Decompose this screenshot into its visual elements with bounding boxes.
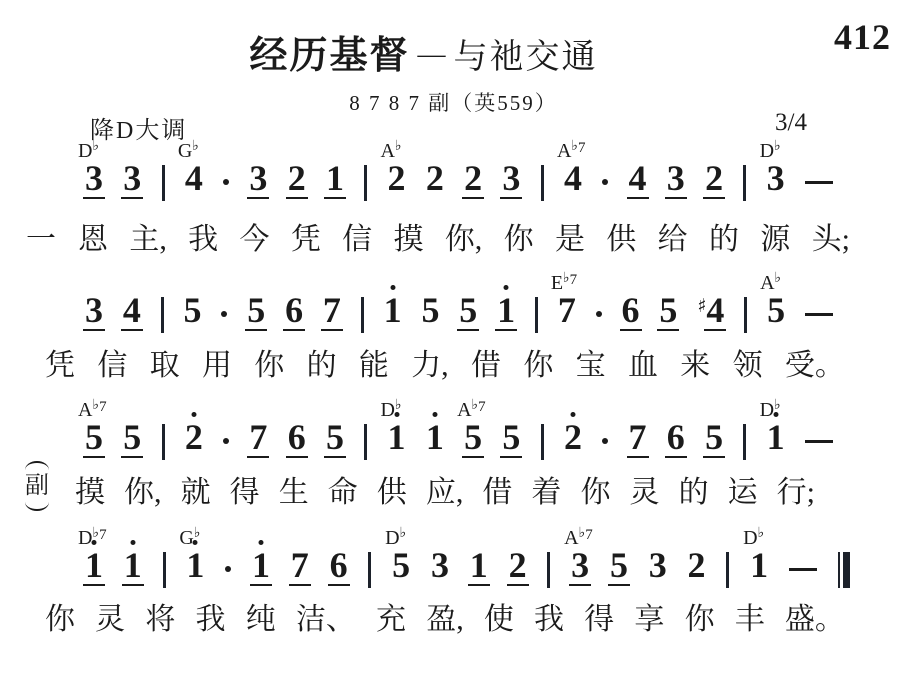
note-digit: 3 bbox=[85, 296, 103, 324]
chord-label: D♭ bbox=[385, 526, 406, 548]
note: 5 bbox=[659, 296, 677, 327]
note-digit: 3 bbox=[249, 164, 267, 192]
note: 1 bbox=[252, 551, 270, 582]
title-main: 经历基督 bbox=[249, 35, 409, 77]
note-digit: 2 bbox=[509, 551, 527, 579]
sharp-icon: ♯ bbox=[697, 295, 706, 317]
note: 7 bbox=[291, 551, 309, 582]
lyric-syllable: 你 bbox=[580, 477, 610, 509]
note: 6 bbox=[330, 551, 348, 582]
note-digit: 3 bbox=[123, 164, 141, 192]
chord-label: D♭ bbox=[743, 526, 764, 548]
note-digit: 1 bbox=[124, 551, 142, 579]
verse-number-marker: 一 bbox=[26, 224, 56, 256]
barline bbox=[162, 424, 165, 460]
notation-line-4: 1D♭711G♭1765D♭3123A♭75321D♭ bbox=[85, 554, 850, 582]
note-digit: 1 bbox=[186, 551, 204, 579]
note-digit: 5 bbox=[464, 423, 482, 451]
lyric-syllable: 你 bbox=[254, 350, 284, 382]
chord-label: D♭ bbox=[760, 139, 781, 161]
note-digit: 2 bbox=[288, 164, 306, 192]
lyric-syllable: 命 bbox=[328, 477, 358, 509]
barline bbox=[744, 297, 747, 333]
lyric-syllable: 运 bbox=[728, 477, 758, 509]
note-digit: 6 bbox=[288, 423, 306, 451]
note-digit: 1 bbox=[750, 551, 768, 579]
note-digit: 5 bbox=[421, 296, 439, 324]
lyric-syllable: 宝 bbox=[576, 350, 606, 382]
barline bbox=[361, 297, 364, 333]
note: 4A♭7 bbox=[564, 164, 582, 195]
note: 7E♭7 bbox=[558, 296, 576, 327]
note-digit: 5 bbox=[767, 296, 785, 324]
chord-label: A♭7 bbox=[78, 398, 107, 420]
note-digit: 6 bbox=[330, 551, 348, 579]
note-digit: 3 bbox=[667, 164, 685, 192]
note-digit: 2 bbox=[464, 164, 482, 192]
note-digit: 5 bbox=[184, 296, 202, 324]
note-digit: 4 bbox=[564, 164, 582, 192]
title-dash: — bbox=[418, 39, 446, 70]
duration-dot bbox=[221, 311, 227, 317]
lyric-syllable: 纯 bbox=[246, 604, 276, 636]
flat-icon: ♭ bbox=[758, 525, 765, 541]
note: 5 bbox=[326, 423, 344, 454]
lyric-syllable: 灵 bbox=[95, 604, 125, 636]
note: 2 bbox=[509, 551, 527, 582]
held-note-dash bbox=[805, 181, 833, 185]
note: 1 bbox=[384, 296, 402, 327]
note: 6 bbox=[622, 296, 640, 327]
chord-seventh: 7 bbox=[99, 527, 107, 543]
note-digit: 6 bbox=[667, 423, 685, 451]
lyric-syllable: 摸 bbox=[393, 224, 423, 256]
note: 4 bbox=[123, 296, 141, 327]
flat-icon: ♭ bbox=[563, 270, 570, 286]
note-digit: 1 bbox=[326, 164, 344, 192]
note: 2 bbox=[426, 164, 444, 195]
note: 3 bbox=[667, 164, 685, 195]
lyric-syllable: 供 bbox=[377, 477, 407, 509]
note-digit: 4 bbox=[706, 296, 724, 324]
note-digit: 7 bbox=[323, 296, 341, 324]
lyric-syllable: 应, bbox=[426, 477, 464, 509]
note-digit: 4 bbox=[123, 296, 141, 324]
lyric-syllable: 的 bbox=[709, 224, 739, 256]
lyric-syllable: 恩 bbox=[78, 224, 108, 256]
lyric-syllable: 将 bbox=[145, 604, 175, 636]
note-digit: 1 bbox=[388, 423, 406, 451]
lyric-syllable: 盛。 bbox=[785, 604, 845, 636]
final-barline-thin bbox=[838, 552, 841, 588]
notation-line-3: 5A♭7527651D♭15A♭7527651D♭ bbox=[85, 426, 833, 454]
lyrics-line-3: 摸你,就得生命供应,借着你灵的运行; bbox=[75, 477, 815, 509]
note: 7 bbox=[629, 423, 647, 454]
note: 2 bbox=[288, 164, 306, 195]
duration-dot bbox=[223, 179, 229, 185]
chord-seventh: 7 bbox=[578, 140, 586, 156]
lyric-syllable: 你 bbox=[45, 604, 75, 636]
barline bbox=[364, 165, 367, 201]
flat-icon: ♭ bbox=[194, 525, 201, 541]
final-barline bbox=[838, 552, 850, 588]
note: 4G♭ bbox=[185, 164, 203, 195]
lyric-syllable: 领 bbox=[733, 350, 763, 382]
chorus-marker: 副 bbox=[20, 461, 54, 511]
note-digit: 2 bbox=[564, 423, 582, 451]
chord-label: D♭ bbox=[760, 398, 781, 420]
note: 1D♭ bbox=[767, 423, 785, 454]
chord-label: A♭7 bbox=[564, 526, 593, 548]
held-note-dash bbox=[805, 440, 833, 444]
chord-label: D♭7 bbox=[78, 526, 107, 548]
note: 3 bbox=[502, 164, 520, 195]
lyric-syllable: 的 bbox=[307, 350, 337, 382]
note: 1D♭ bbox=[388, 423, 406, 454]
note-digit: 5 bbox=[459, 296, 477, 324]
lyric-syllable: 盈, bbox=[426, 604, 464, 636]
lyric-syllable: 用 bbox=[202, 350, 232, 382]
lyrics-line-2: 凭信取用你的能力,借你宝血来领受。 bbox=[45, 350, 845, 382]
note: 3 bbox=[249, 164, 267, 195]
note: 2A♭ bbox=[388, 164, 406, 195]
note-digit: 1 bbox=[85, 551, 103, 579]
lyric-syllable: 借 bbox=[482, 477, 512, 509]
chord-label: A♭7 bbox=[557, 139, 586, 161]
note: 2 bbox=[464, 164, 482, 195]
chord-seventh: 7 bbox=[585, 527, 593, 543]
flat-icon: ♭ bbox=[775, 270, 782, 286]
barline bbox=[364, 424, 367, 460]
note: 2 bbox=[564, 423, 582, 454]
chord-label: G♭ bbox=[179, 526, 200, 548]
hymn-sheet-page: 412 经历基督—与祂交通 8 7 8 7 副（英559） 降D大调 3/4 3… bbox=[0, 0, 907, 684]
final-barline-thick bbox=[843, 552, 850, 588]
note-digit: 2 bbox=[688, 551, 706, 579]
flat-icon: ♭ bbox=[571, 138, 578, 154]
barline bbox=[743, 165, 746, 201]
note-digit: 7 bbox=[629, 423, 647, 451]
note-digit: 1 bbox=[252, 551, 270, 579]
note: 6 bbox=[288, 423, 306, 454]
title-subtitle: 与祂交通 bbox=[454, 39, 598, 76]
note-digit: 6 bbox=[622, 296, 640, 324]
held-note-dash bbox=[789, 568, 817, 572]
flat-icon: ♭ bbox=[192, 138, 199, 154]
note: 2 bbox=[688, 551, 706, 582]
note: 7 bbox=[323, 296, 341, 327]
lyric-syllable: 你 bbox=[685, 604, 715, 636]
lyric-syllable: 的 bbox=[679, 477, 709, 509]
chord-label: D♭ bbox=[381, 398, 402, 420]
note-digit: 6 bbox=[285, 296, 303, 324]
note-digit: 1 bbox=[426, 423, 444, 451]
note-digit: 7 bbox=[249, 423, 267, 451]
lyric-syllable: 生 bbox=[279, 477, 309, 509]
lyric-syllable: 是 bbox=[555, 224, 585, 256]
note-digit: 5 bbox=[610, 551, 628, 579]
lyric-syllable: 供 bbox=[606, 224, 636, 256]
notation-line-2: 34556715517E♭765♯45A♭ bbox=[85, 299, 833, 327]
flat-icon: ♭ bbox=[774, 397, 781, 413]
key-signature: 降D大调 bbox=[90, 110, 187, 145]
duration-dot bbox=[223, 438, 229, 444]
note: 5 bbox=[184, 296, 202, 327]
lyric-syllable: 取 bbox=[150, 350, 180, 382]
note: 5 bbox=[459, 296, 477, 327]
flat-icon: ♭ bbox=[774, 138, 781, 154]
chord-label: A♭ bbox=[760, 271, 781, 293]
note: 5 bbox=[421, 296, 439, 327]
lyric-syllable: 就 bbox=[181, 477, 211, 509]
lyric-syllable: 你, bbox=[124, 477, 162, 509]
lyric-syllable: 你 bbox=[504, 224, 534, 256]
note-digit: 5 bbox=[392, 551, 410, 579]
duration-dot bbox=[225, 566, 231, 572]
note-digit: 1 bbox=[470, 551, 488, 579]
note: 5D♭ bbox=[392, 551, 410, 582]
held-note-dash bbox=[805, 313, 833, 317]
lyric-syllable: 行; bbox=[777, 477, 815, 509]
note: 6 bbox=[667, 423, 685, 454]
note: 7 bbox=[249, 423, 267, 454]
lyric-syllable: 得 bbox=[584, 604, 614, 636]
note-digit: 5 bbox=[85, 423, 103, 451]
barline bbox=[541, 424, 544, 460]
lyric-syllable: 灵 bbox=[630, 477, 660, 509]
note: 3D♭ bbox=[85, 164, 103, 195]
chord-label: A♭ bbox=[381, 139, 402, 161]
barline bbox=[541, 165, 544, 201]
note: 5A♭7 bbox=[464, 423, 482, 454]
flat-icon: ♭ bbox=[400, 525, 407, 541]
lyric-syllable: 我 bbox=[188, 224, 218, 256]
lyric-syllable: 来 bbox=[680, 350, 710, 382]
note-digit: 4 bbox=[185, 164, 203, 192]
note: 1 bbox=[470, 551, 488, 582]
flat-icon: ♭ bbox=[395, 397, 402, 413]
note: 3 bbox=[85, 296, 103, 327]
note-digit: 3 bbox=[571, 551, 589, 579]
chord-seventh: 7 bbox=[570, 272, 578, 288]
note-digit: 3 bbox=[85, 164, 103, 192]
lyric-syllable: 凭 bbox=[45, 350, 75, 382]
lyric-syllable: 给 bbox=[658, 224, 688, 256]
lyrics-line-4: 你灵将我纯洁、充盈,使我得享你丰盛。 bbox=[45, 604, 845, 636]
duration-dot bbox=[602, 179, 608, 185]
note-digit: 7 bbox=[291, 551, 309, 579]
lyric-syllable: 使 bbox=[484, 604, 514, 636]
barline bbox=[161, 297, 164, 333]
lyric-syllable: 主, bbox=[129, 224, 167, 256]
time-signature: 3/4 bbox=[775, 109, 807, 137]
note: 5 bbox=[502, 423, 520, 454]
lyric-syllable: 洁、 bbox=[296, 604, 356, 636]
note: 3D♭ bbox=[767, 164, 785, 195]
lyric-syllable: 丰 bbox=[735, 604, 765, 636]
lyric-syllable: 信 bbox=[342, 224, 372, 256]
note: 1G♭ bbox=[186, 551, 204, 582]
lyric-syllable: 你 bbox=[523, 350, 553, 382]
note-digit: 3 bbox=[767, 164, 785, 192]
lyric-syllable: 力, bbox=[411, 350, 449, 382]
barline bbox=[547, 552, 550, 588]
note-digit: 5 bbox=[502, 423, 520, 451]
paren-arc-top bbox=[25, 461, 49, 472]
lyric-syllable: 受。 bbox=[785, 350, 845, 382]
flat-icon: ♭ bbox=[92, 138, 99, 154]
duration-dot bbox=[596, 311, 602, 317]
note: 3A♭7 bbox=[571, 551, 589, 582]
note-digit: 2 bbox=[705, 164, 723, 192]
lyric-syllable: 今 bbox=[239, 224, 269, 256]
note-digit: 7 bbox=[558, 296, 576, 324]
lyric-syllable: 你, bbox=[445, 224, 483, 256]
lyric-syllable: 我 bbox=[534, 604, 564, 636]
lyric-syllable: 享 bbox=[634, 604, 664, 636]
lyric-syllable: 我 bbox=[196, 604, 226, 636]
note: 1 bbox=[326, 164, 344, 195]
flat-icon: ♭ bbox=[395, 138, 402, 154]
note: 5A♭7 bbox=[85, 423, 103, 454]
duration-dot bbox=[602, 438, 608, 444]
note: 5 bbox=[610, 551, 628, 582]
note: 2 bbox=[185, 423, 203, 454]
lyrics-line-1: 恩主,我今凭信摸你,你是供给的源头; bbox=[78, 224, 850, 256]
lyric-syllable: 借 bbox=[471, 350, 501, 382]
note: 5 bbox=[705, 423, 723, 454]
lyric-syllable: 着 bbox=[531, 477, 561, 509]
note: 5 bbox=[247, 296, 265, 327]
note-digit: 5 bbox=[326, 423, 344, 451]
note-digit: 2 bbox=[185, 423, 203, 451]
note: 1 bbox=[124, 551, 142, 582]
note-digit: 1 bbox=[767, 423, 785, 451]
note-digit: 5 bbox=[247, 296, 265, 324]
note-digit: 5 bbox=[123, 423, 141, 451]
note: 1D♭7 bbox=[85, 551, 103, 582]
barline bbox=[743, 424, 746, 460]
chord-label: E♭7 bbox=[551, 271, 577, 293]
note: 6 bbox=[285, 296, 303, 327]
hymn-title: 经历基督—与祂交通 bbox=[0, 24, 847, 79]
note-digit: 5 bbox=[659, 296, 677, 324]
barline bbox=[162, 165, 165, 201]
chord-label: D♭ bbox=[78, 139, 99, 161]
note-digit: 1 bbox=[384, 296, 402, 324]
lyric-syllable: 源 bbox=[760, 224, 790, 256]
note: 5 bbox=[123, 423, 141, 454]
lyric-syllable: 凭 bbox=[291, 224, 321, 256]
chord-seventh: 7 bbox=[478, 399, 486, 415]
lyric-syllable: 充 bbox=[376, 604, 406, 636]
barline bbox=[535, 297, 538, 333]
barline bbox=[726, 552, 729, 588]
note: 1 bbox=[426, 423, 444, 454]
note-digit: 4 bbox=[629, 164, 647, 192]
lyric-syllable: 头; bbox=[812, 224, 850, 256]
note: 4 bbox=[629, 164, 647, 195]
note: 3 bbox=[431, 551, 449, 582]
note-digit: 1 bbox=[497, 296, 515, 324]
chord-label: A♭7 bbox=[457, 398, 486, 420]
note: ♯4 bbox=[697, 296, 724, 327]
barline bbox=[163, 552, 166, 588]
note: 5A♭ bbox=[767, 296, 785, 327]
lyric-syllable: 血 bbox=[628, 350, 658, 382]
note-digit: 5 bbox=[705, 423, 723, 451]
note-digit: 2 bbox=[388, 164, 406, 192]
chord-seventh: 7 bbox=[99, 399, 107, 415]
note: 1D♭ bbox=[750, 551, 768, 582]
note: 2 bbox=[705, 164, 723, 195]
chord-label: G♭ bbox=[178, 139, 199, 161]
lyric-syllable: 信 bbox=[97, 350, 127, 382]
lyric-syllable: 摸 bbox=[75, 477, 105, 509]
note: 1 bbox=[497, 296, 515, 327]
lyric-syllable: 得 bbox=[230, 477, 260, 509]
note: 3 bbox=[123, 164, 141, 195]
note-digit: 3 bbox=[502, 164, 520, 192]
chorus-marker-label: 副 bbox=[25, 473, 49, 499]
lyric-syllable: 能 bbox=[359, 350, 389, 382]
notation-line-1: 3D♭34G♭3212A♭2234A♭74323D♭ bbox=[85, 167, 833, 195]
paren-arc-bottom bbox=[25, 500, 49, 511]
note-digit: 3 bbox=[649, 551, 667, 579]
note-digit: 2 bbox=[426, 164, 444, 192]
note: 3 bbox=[649, 551, 667, 582]
note-digit: 3 bbox=[431, 551, 449, 579]
barline bbox=[368, 552, 371, 588]
